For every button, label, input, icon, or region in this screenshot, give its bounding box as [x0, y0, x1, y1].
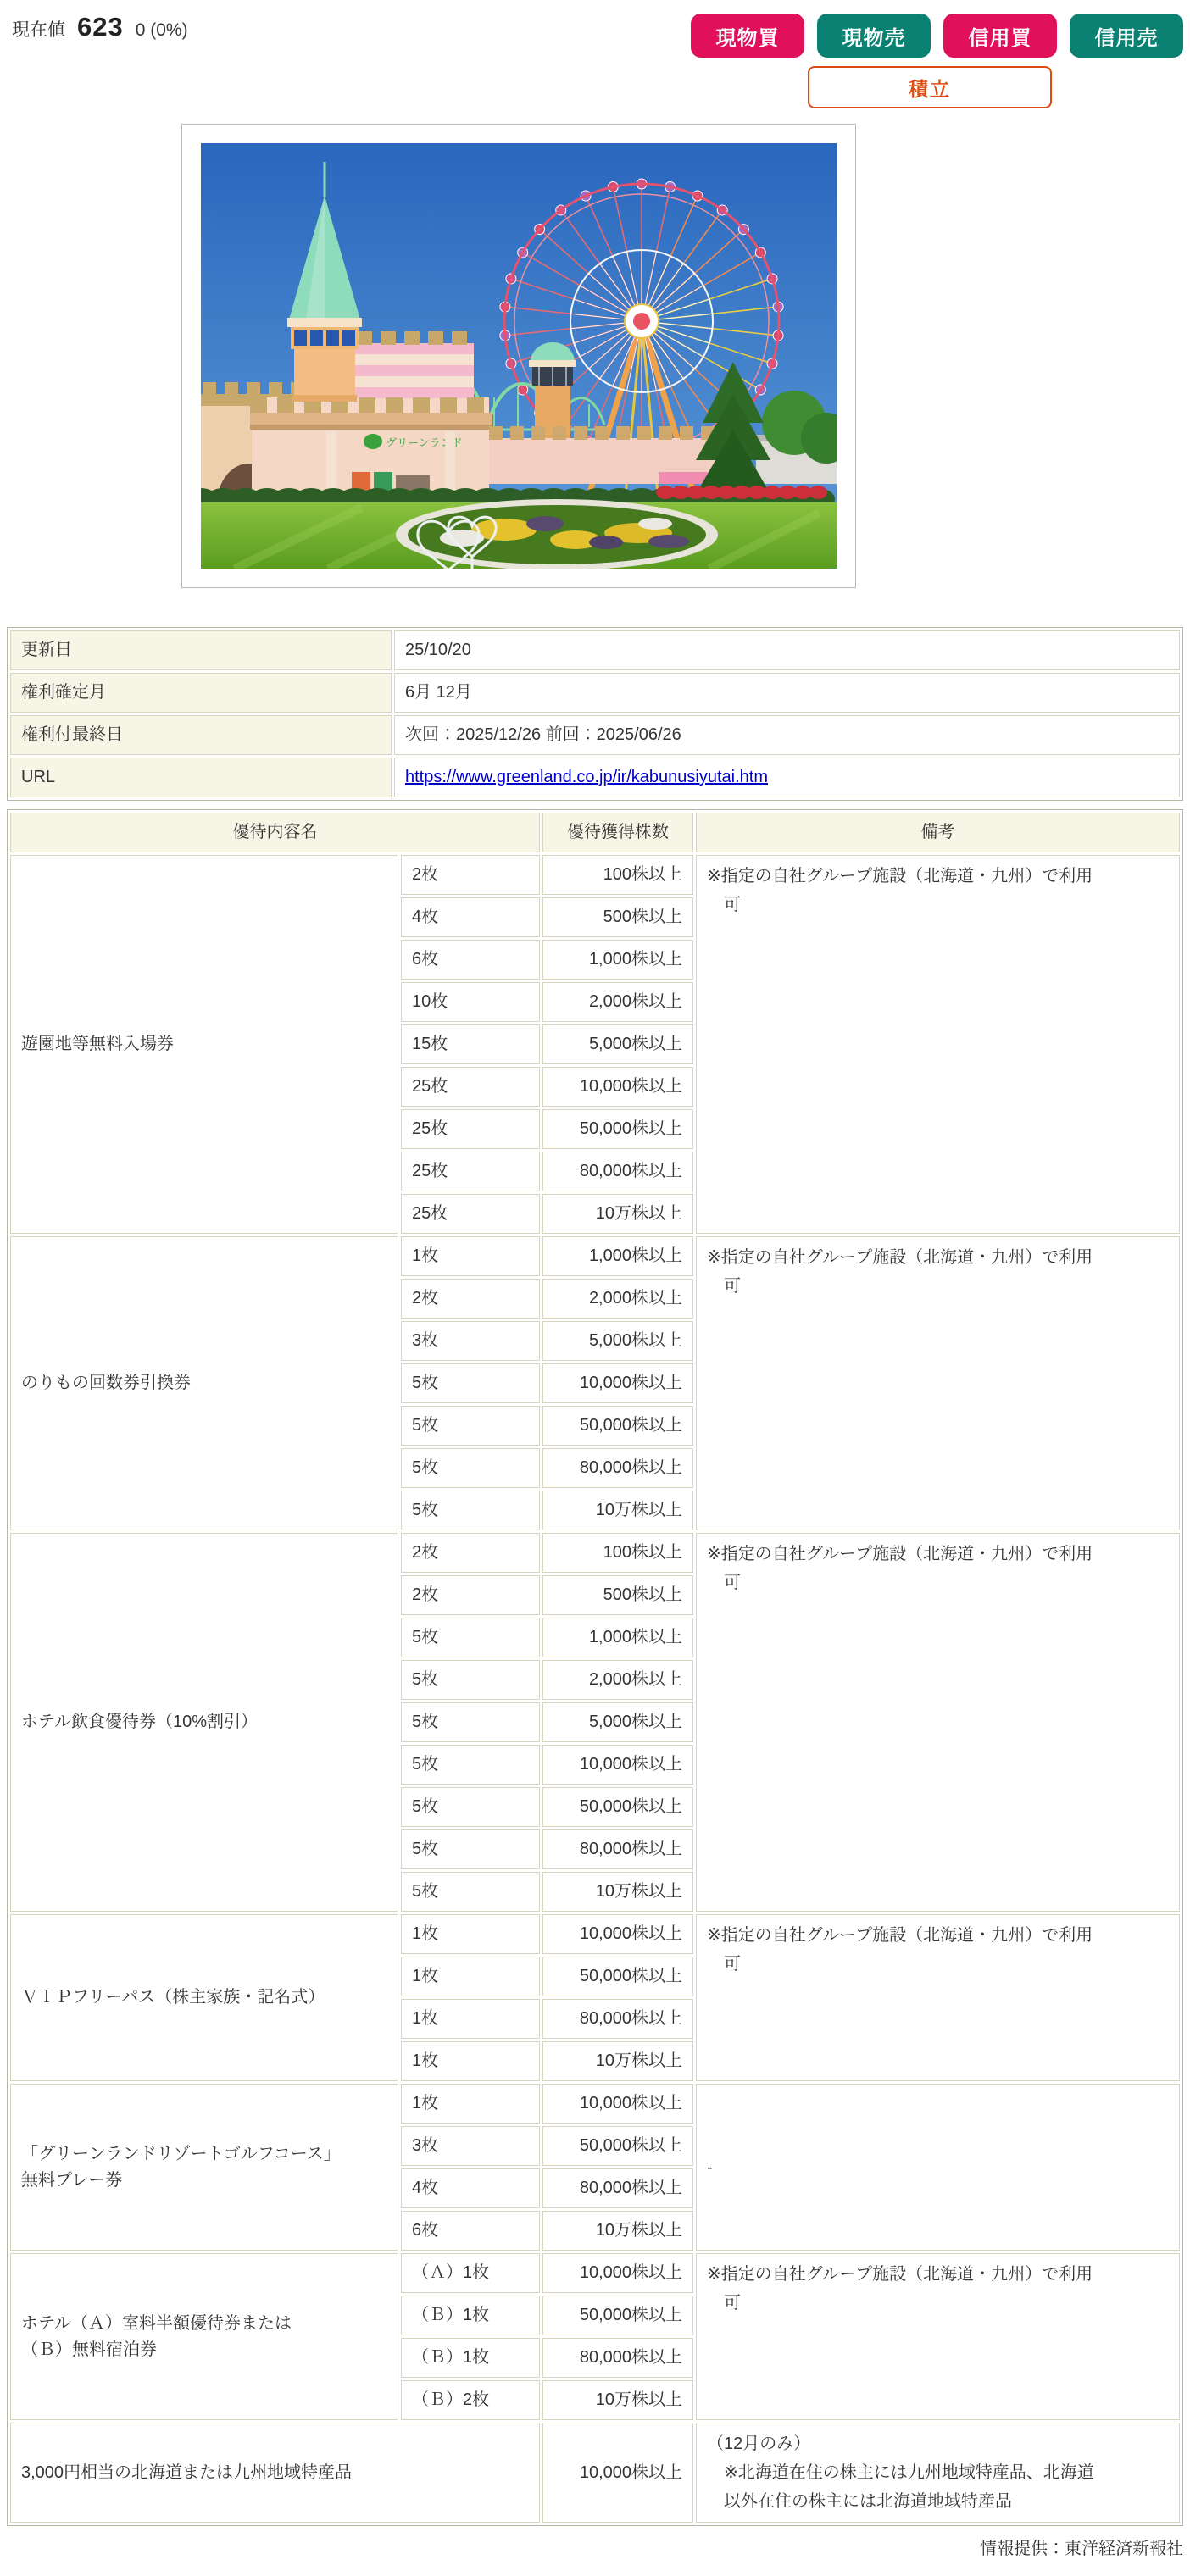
benefit-sheets: 1枚 [401, 1236, 540, 1276]
current-price-label: 現在値 [12, 16, 65, 42]
benefit-shares-threshold: 10,000株以上 [542, 2084, 693, 2124]
info-value: 6月 12月 [394, 673, 1180, 713]
benefit-shares-threshold: 100株以上 [542, 1533, 693, 1573]
benefit-name: のりもの回数券引換券 [10, 1236, 398, 1530]
info-value: https://www.greenland.co.jp/ir/kabunusiy… [394, 758, 1180, 797]
benefit-shares-threshold: 2,000株以上 [542, 1660, 693, 1700]
info-value: 次回：2025/12/26 前回：2025/06/26 [394, 715, 1180, 755]
benefit-shares-threshold: 1,000株以上 [542, 940, 693, 980]
info-label: 権利確定月 [10, 673, 392, 713]
benefit-shares-threshold: 50,000株以上 [542, 1787, 693, 1827]
benefit-sheets: 5枚 [401, 1787, 540, 1827]
benefit-shares-threshold: 10万株以上 [542, 2211, 693, 2251]
benefit-sheets: （Ｂ）1枚 [401, 2296, 540, 2335]
info-value: 25/10/20 [394, 630, 1180, 670]
benefit-shares-threshold: 50,000株以上 [542, 1957, 693, 1996]
benefit-name: 3,000円相当の北海道または九州地域特産品 [10, 2423, 540, 2523]
benefit-sheets: 1枚 [401, 2084, 540, 2124]
benefit-header-shares: 優待獲得株数 [542, 813, 693, 852]
benefit-sheets: （Ｂ）1枚 [401, 2338, 540, 2378]
benefit-header-remark: 備考 [696, 813, 1180, 852]
benefit-shares-threshold: 500株以上 [542, 897, 693, 937]
topbar: 現在値 623 0 (0%) 現物買現物売信用買信用売 積立 [0, 0, 1190, 124]
benefit-shares-threshold: 10,000株以上 [542, 1745, 693, 1785]
benefit-shares-threshold: 10万株以上 [542, 1194, 693, 1234]
benefit-shares-threshold: 80,000株以上 [542, 1448, 693, 1488]
benefit-sheets: 5枚 [401, 1618, 540, 1657]
benefit-header-row: 優待内容名 優待獲得株数 備考 [10, 813, 1180, 852]
benefit-sheets: 2枚 [401, 1533, 540, 1573]
amusement-park-photo: グリーンランド [201, 143, 837, 569]
benefit-shares-threshold: 10,000株以上 [542, 2423, 693, 2523]
benefit-shares-threshold: 10,000株以上 [542, 1067, 693, 1107]
info-row: 権利確定月6月 12月 [10, 673, 1180, 713]
benefit-row: 遊園地等無料入場券2枚100株以上※指定の自社グループ施設（北海道・九州）で利用… [10, 855, 1180, 895]
benefit-shares-threshold: 80,000株以上 [542, 1152, 693, 1191]
benefit-shares-threshold: 2,000株以上 [542, 982, 693, 1022]
benefit-sheets: 25枚 [401, 1067, 540, 1107]
benefit-sheets: 2枚 [401, 1575, 540, 1615]
benefit-shares-threshold: 500株以上 [542, 1575, 693, 1615]
benefit-sheets: 1枚 [401, 1957, 540, 1996]
benefit-sheets: （Ｂ）2枚 [401, 2380, 540, 2420]
benefit-row: のりもの回数券引換券1枚1,000株以上※指定の自社グループ施設（北海道・九州）… [10, 1236, 1180, 1276]
company-photo: グリーンランド [181, 124, 856, 588]
benefit-shares-threshold: 50,000株以上 [542, 1406, 693, 1446]
benefit-sheets: 2枚 [401, 1279, 540, 1319]
benefit-sheets: 5枚 [401, 1872, 540, 1912]
benefit-name: ＶＩＰフリーパス（株主家族・記名式） [10, 1914, 398, 2081]
benefit-shares-threshold: 80,000株以上 [542, 2338, 693, 2378]
benefit-shares-threshold: 100株以上 [542, 855, 693, 895]
stock-info-table: 更新日25/10/20権利確定月6月 12月権利付最終日次回：2025/12/2… [7, 627, 1183, 801]
benefit-name: ホテル飲食優待券（10%割引） [10, 1533, 398, 1912]
benefit-sheets: 25枚 [401, 1152, 540, 1191]
company-ir-link[interactable]: https://www.greenland.co.jp/ir/kabunusiy… [405, 768, 768, 786]
benefit-shares-threshold: 10万株以上 [542, 2380, 693, 2420]
benefit-row: ホテル飲食優待券（10%割引）2枚100株以上※指定の自社グループ施設（北海道・… [10, 1533, 1180, 1573]
benefit-shares-threshold: 10万株以上 [542, 1872, 693, 1912]
trade-button-4[interactable]: 信用売 [1070, 14, 1183, 58]
benefit-row: 3,000円相当の北海道または九州地域特産品10,000株以上（12月のみ） ※… [10, 2423, 1180, 2523]
benefit-shares-threshold: 50,000株以上 [542, 2296, 693, 2335]
benefit-remark: ※指定の自社グループ施設（北海道・九州）で利用 可 [696, 2253, 1180, 2420]
trade-buttons: 現物買現物売信用買信用売 [691, 14, 1183, 58]
benefit-sheets: 5枚 [401, 1448, 540, 1488]
benefit-remark: - [696, 2084, 1180, 2251]
shareholder-benefit-table: 優待内容名 優待獲得株数 備考 遊園地等無料入場券2枚100株以上※指定の自社グ… [7, 809, 1183, 2526]
benefit-sheets: 1枚 [401, 1999, 540, 2039]
benefit-sheets: 5枚 [401, 1745, 540, 1785]
trade-button-2[interactable]: 現物売 [817, 14, 931, 58]
info-row: 更新日25/10/20 [10, 630, 1180, 670]
benefit-remark: ※指定の自社グループ施設（北海道・九州）で利用 可 [696, 1236, 1180, 1530]
benefit-sheets: 6枚 [401, 940, 540, 980]
benefit-shares-threshold: 50,000株以上 [542, 1109, 693, 1149]
benefit-shares-threshold: 10,000株以上 [542, 1363, 693, 1403]
benefit-sheets: 4枚 [401, 2168, 540, 2208]
benefit-sheets: 5枚 [401, 1491, 540, 1530]
benefit-sheets: 5枚 [401, 1660, 540, 1700]
benefit-remark: （12月のみ） ※北海道在住の株主には九州地域特産品、北海道 以外在住の株主には… [696, 2423, 1180, 2523]
benefit-sheets: 5枚 [401, 1829, 540, 1869]
benefit-sheets: 5枚 [401, 1363, 540, 1403]
benefit-shares-threshold: 80,000株以上 [542, 1829, 693, 1869]
info-label: 権利付最終日 [10, 715, 392, 755]
benefit-sheets: 25枚 [401, 1109, 540, 1149]
data-provider-credit: 情報提供：東洋経済新報社 [0, 2534, 1183, 2559]
current-price-block: 現在値 623 0 (0%) [12, 12, 188, 42]
benefit-remark: ※指定の自社グループ施設（北海道・九州）で利用 可 [696, 855, 1180, 1234]
benefit-remark: ※指定の自社グループ施設（北海道・九州）で利用 可 [696, 1533, 1180, 1912]
benefit-row: 「グリーンランドリゾートゴルフコース」 無料プレー券1枚10,000株以上- [10, 2084, 1180, 2124]
trade-button-3[interactable]: 信用買 [943, 14, 1057, 58]
benefit-row: ホテル（Ａ）室料半額優待券または （Ｂ）無料宿泊券（Ａ）1枚10,000株以上※… [10, 2253, 1180, 2293]
benefit-sheets: 5枚 [401, 1406, 540, 1446]
benefit-shares-threshold: 5,000株以上 [542, 1024, 693, 1064]
benefit-sheets: 10枚 [401, 982, 540, 1022]
benefit-sheets: （Ａ）1枚 [401, 2253, 540, 2293]
benefit-shares-threshold: 5,000株以上 [542, 1321, 693, 1361]
benefit-sheets: 1枚 [401, 2041, 540, 2081]
benefit-sheets: 4枚 [401, 897, 540, 937]
benefit-shares-threshold: 80,000株以上 [542, 2168, 693, 2208]
trade-button-1[interactable]: 現物買 [691, 14, 804, 58]
info-row: 権利付最終日次回：2025/12/26 前回：2025/06/26 [10, 715, 1180, 755]
info-row: URLhttps://www.greenland.co.jp/ir/kabunu… [10, 758, 1180, 797]
benefit-sheets: 3枚 [401, 2126, 540, 2166]
benefit-name: 「グリーンランドリゾートゴルフコース」 無料プレー券 [10, 2084, 398, 2251]
benefit-shares-threshold: 50,000株以上 [542, 2126, 693, 2166]
benefit-sheets: 2枚 [401, 855, 540, 895]
benefit-shares-threshold: 10,000株以上 [542, 2253, 693, 2293]
benefit-shares-threshold: 2,000株以上 [542, 1279, 693, 1319]
benefit-shares-threshold: 10万株以上 [542, 2041, 693, 2081]
benefit-shares-threshold: 1,000株以上 [542, 1236, 693, 1276]
info-label: URL [10, 758, 392, 797]
benefit-remark: ※指定の自社グループ施設（北海道・九州）で利用 可 [696, 1914, 1180, 2081]
benefit-row: ＶＩＰフリーパス（株主家族・記名式）1枚10,000株以上※指定の自社グループ施… [10, 1914, 1180, 1954]
benefit-header-name: 優待内容名 [10, 813, 540, 852]
info-label: 更新日 [10, 630, 392, 670]
current-price-value: 623 [77, 12, 124, 42]
benefit-shares-threshold: 10万株以上 [542, 1491, 693, 1530]
benefit-name: ホテル（Ａ）室料半額優待券または （Ｂ）無料宿泊券 [10, 2253, 398, 2420]
benefit-sheets: 6枚 [401, 2211, 540, 2251]
benefit-shares-threshold: 10,000株以上 [542, 1914, 693, 1954]
benefit-sheets: 25枚 [401, 1194, 540, 1234]
benefit-sheets: 5枚 [401, 1702, 540, 1742]
benefit-sheets: 1枚 [401, 1914, 540, 1954]
benefit-sheets: 15枚 [401, 1024, 540, 1064]
benefit-sheets: 3枚 [401, 1321, 540, 1361]
benefit-shares-threshold: 5,000株以上 [542, 1702, 693, 1742]
benefit-shares-threshold: 1,000株以上 [542, 1618, 693, 1657]
price-change: 0 (0%) [136, 20, 188, 41]
tsumitate-button[interactable]: 積立 [808, 66, 1052, 108]
benefit-name: 遊園地等無料入場券 [10, 855, 398, 1234]
benefit-shares-threshold: 80,000株以上 [542, 1999, 693, 2039]
